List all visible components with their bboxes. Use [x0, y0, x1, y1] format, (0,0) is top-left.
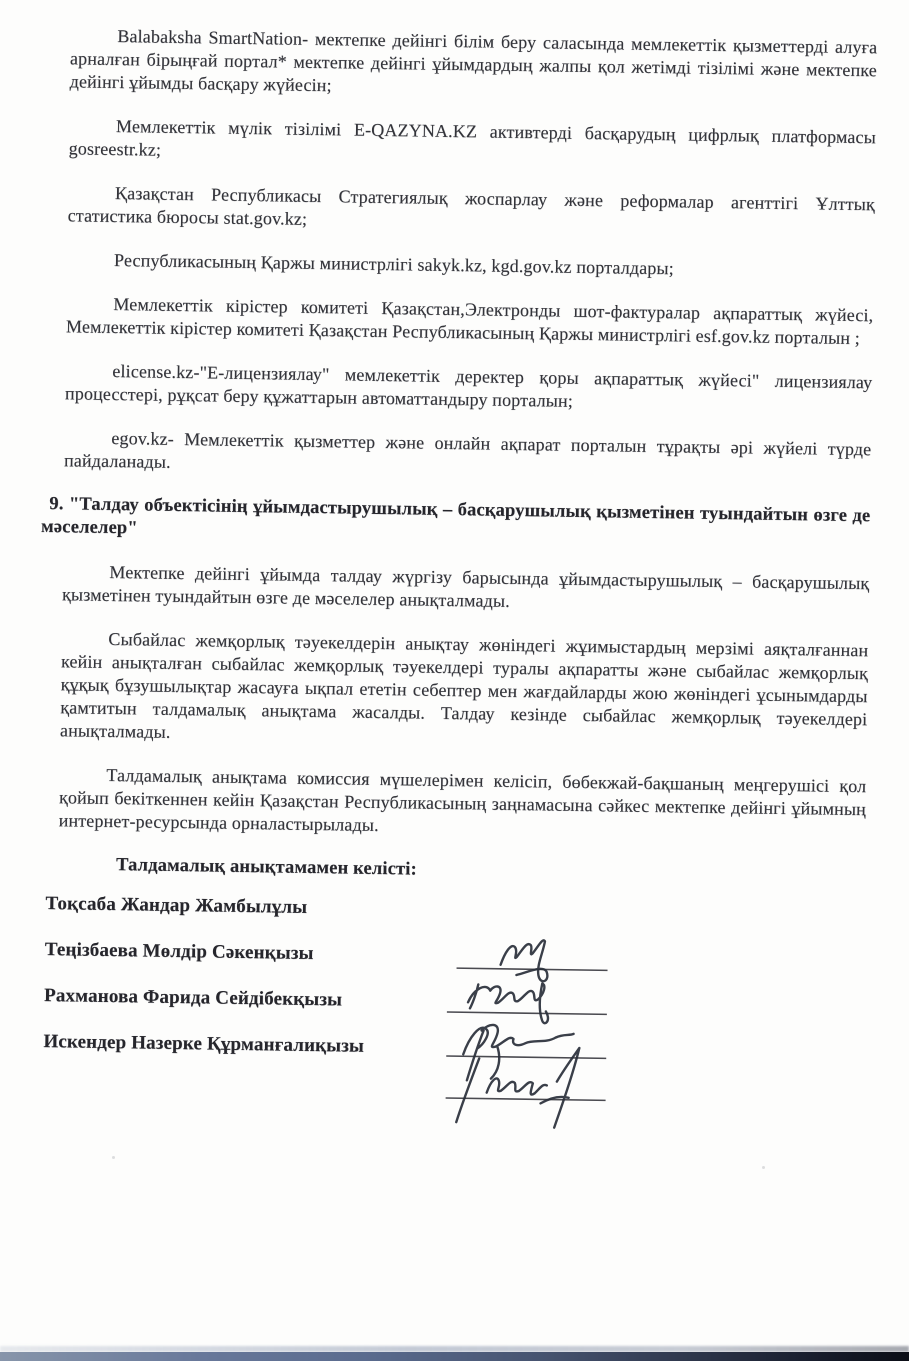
scanned-document-page: Balabaksha SmartNation- мектепке дейінгі…	[0, 0, 909, 1361]
signature-line-3	[446, 1056, 606, 1058]
document-content: Balabaksha SmartNation- мектепке дейінгі…	[0, 0, 909, 1361]
paragraph-no-other-issues: Мектепке дейінгі ұйымда талдау жүргізу б…	[62, 560, 870, 618]
scan-edge-artifact	[0, 1352, 909, 1361]
scan-speck	[762, 1166, 765, 1169]
signatures-svg	[436, 930, 669, 1143]
signature-line-4	[446, 1098, 606, 1100]
agreement-label: Талдамалық анықтамамен келісті:	[58, 853, 865, 888]
signature-line-2	[447, 1012, 607, 1014]
signature-stroke-1	[500, 940, 548, 982]
signatory-name-2: Теңізбаева Мөлдір Сәкенқызы	[45, 938, 445, 967]
scan-speck	[112, 1156, 115, 1159]
paragraph-corruption-risks: Сыбайлас жемқорлық тәуекелдерін анықтау …	[60, 627, 869, 754]
paragraph-finance-ministry-portals: Республикасының Қаржы министрлігі sakyk.…	[67, 248, 874, 283]
paragraph-eqazyna: Мемлекеттік мүлік тізілімі E-QAZYNA.KZ а…	[68, 114, 876, 172]
signatory-name-4: Искендер Назерке Құрманғалиқызы	[43, 1030, 443, 1059]
paragraph-balabaksha-portal: Balabaksha SmartNation- мектепке дейінгі…	[69, 24, 877, 105]
signature-stroke-3	[463, 1024, 574, 1081]
paragraph-elicense: elicense.kz-"Е-лицензиялау" мемлекеттік …	[65, 359, 873, 417]
paragraph-egov: egov.kz- Мемлекеттік қызметтер және онла…	[64, 426, 872, 484]
paragraph-stat-gov: Қазақстан Республикасы Стратегиялық жосп…	[67, 181, 875, 239]
paragraph-esf-gov: Мемлекеттік кірістер комитеті Қазақстан,…	[66, 292, 874, 350]
signature-area	[436, 930, 669, 1143]
section-9-heading: 9. "Талдау объектісінің ұйымдастырушылық…	[41, 493, 871, 551]
signatory-name-1: Тоқсаба Жандар Жамбылұлы	[45, 892, 445, 921]
signatory-names: Тоқсаба Жандар Жамбылұлы Теңізбаева Мөлд…	[43, 892, 446, 1082]
signature-stroke-2	[468, 982, 549, 1023]
signatory-name-3: Рахманова Фарида Сейдібекқызы	[44, 984, 444, 1013]
paragraph-publication: Талдамалық анықтама комиссия мүшелерімен…	[59, 763, 867, 844]
